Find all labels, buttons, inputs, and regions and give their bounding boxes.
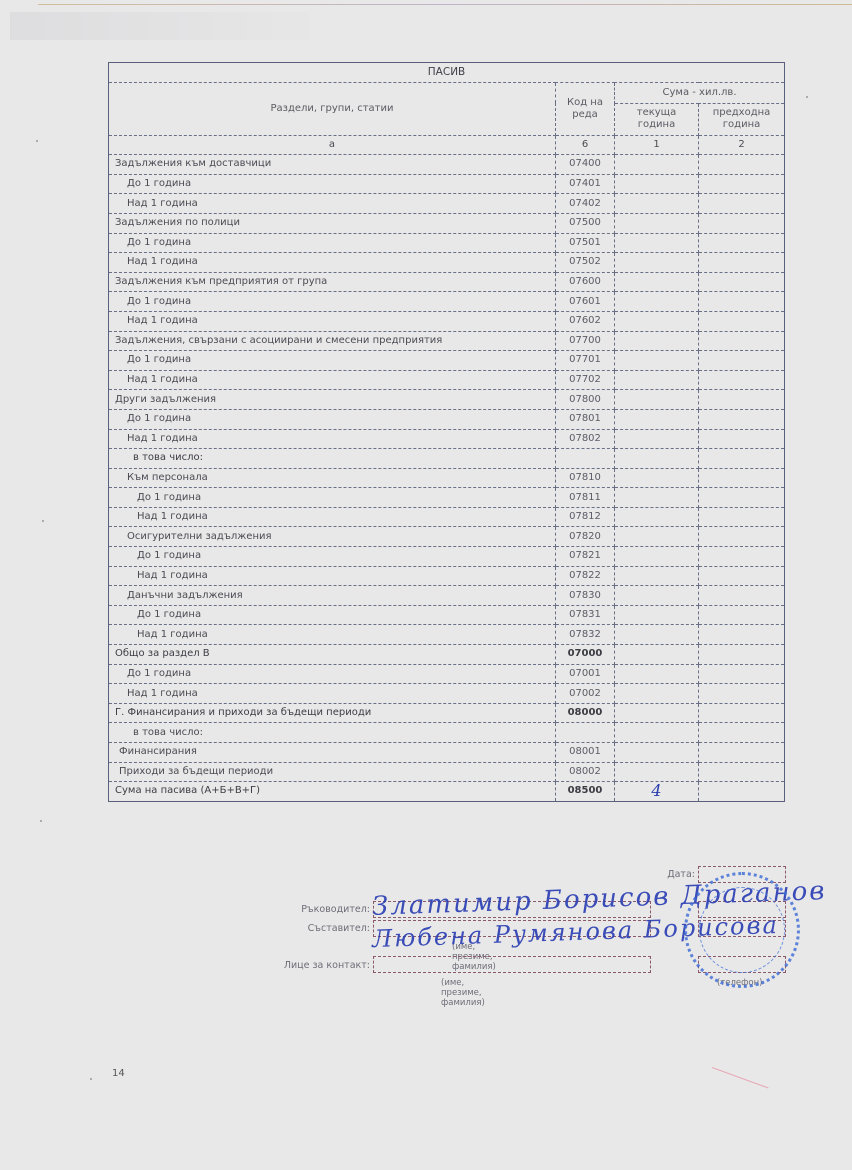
current-year-value[interactable] bbox=[615, 292, 699, 312]
current-year-value[interactable] bbox=[615, 664, 699, 684]
table-row: Други задължения07800 bbox=[109, 390, 785, 410]
contact-label: Лице за контакт: bbox=[260, 960, 370, 971]
row-code: 07702 bbox=[556, 370, 615, 390]
row-code: 07602 bbox=[556, 311, 615, 331]
row-code: 07820 bbox=[556, 527, 615, 547]
previous-year-value[interactable] bbox=[699, 664, 785, 684]
current-year-value[interactable] bbox=[615, 409, 699, 429]
current-year-value[interactable] bbox=[615, 684, 699, 704]
table-row: Задължения към предприятия от група07600 bbox=[109, 272, 785, 292]
previous-year-value[interactable] bbox=[699, 468, 785, 488]
previous-year-value[interactable] bbox=[699, 507, 785, 527]
previous-year-value[interactable] bbox=[699, 645, 785, 665]
row-code: 07500 bbox=[556, 213, 615, 233]
current-year-value[interactable] bbox=[615, 174, 699, 194]
row-code: 07000 bbox=[556, 645, 615, 665]
row-label: Над 1 година bbox=[109, 311, 556, 331]
scan-speck bbox=[36, 140, 38, 142]
row-code: 07601 bbox=[556, 292, 615, 312]
row-code: 07700 bbox=[556, 331, 615, 351]
table-row: Г. Финансирания и приходи за бъдещи пери… bbox=[109, 703, 785, 723]
index-current: 1 bbox=[615, 135, 699, 155]
previous-year-value[interactable] bbox=[699, 233, 785, 253]
row-label: Над 1 година bbox=[109, 253, 556, 273]
previous-year-value[interactable] bbox=[699, 488, 785, 508]
previous-year-value[interactable] bbox=[699, 351, 785, 371]
header-sum-group: Сума - хил.лв. bbox=[615, 82, 785, 103]
table-row: До 1 година07801 bbox=[109, 409, 785, 429]
row-code: 07801 bbox=[556, 409, 615, 429]
previous-year-value[interactable] bbox=[699, 311, 785, 331]
previous-year-value[interactable] bbox=[699, 253, 785, 273]
date-label: Дата: bbox=[585, 869, 695, 880]
table-row: До 1 година07831 bbox=[109, 605, 785, 625]
current-year-value[interactable]: 4 bbox=[615, 782, 699, 802]
row-label: Задължения, свързани с асоциирани и смес… bbox=[109, 331, 556, 351]
current-year-value[interactable] bbox=[615, 194, 699, 214]
row-label: До 1 година bbox=[109, 664, 556, 684]
previous-year-value[interactable] bbox=[699, 174, 785, 194]
row-code: 07832 bbox=[556, 625, 615, 645]
scan-bleed-through bbox=[10, 12, 310, 40]
current-year-value[interactable] bbox=[615, 155, 699, 175]
current-year-value[interactable] bbox=[615, 743, 699, 763]
row-code: 07401 bbox=[556, 174, 615, 194]
table-row: До 1 година07501 bbox=[109, 233, 785, 253]
index-a: а bbox=[109, 135, 556, 155]
row-label: До 1 година bbox=[109, 409, 556, 429]
row-label: Задължения по полици bbox=[109, 213, 556, 233]
row-code: 07800 bbox=[556, 390, 615, 410]
current-year-value[interactable] bbox=[615, 429, 699, 449]
row-label: Над 1 година bbox=[109, 507, 556, 527]
previous-year-value[interactable] bbox=[699, 586, 785, 606]
row-label: Задължения към предприятия от група bbox=[109, 272, 556, 292]
previous-year-value[interactable] bbox=[699, 547, 785, 567]
table-row: Над 1 година07702 bbox=[109, 370, 785, 390]
table-row: Над 1 година07502 bbox=[109, 253, 785, 273]
table-row: До 1 година07821 bbox=[109, 547, 785, 567]
row-label: Данъчни задължения bbox=[109, 586, 556, 606]
table-row: Към персонала07810 bbox=[109, 468, 785, 488]
row-code: 07811 bbox=[556, 488, 615, 508]
row-label: Над 1 година bbox=[109, 370, 556, 390]
row-code: 07402 bbox=[556, 194, 615, 214]
header-sections: Раздели, групи, статии bbox=[109, 82, 556, 135]
table-row: Финансирания08001 bbox=[109, 743, 785, 763]
index-previous: 2 bbox=[699, 135, 785, 155]
row-code: 08000 bbox=[556, 703, 615, 723]
row-code: 07822 bbox=[556, 566, 615, 586]
scan-top-edge bbox=[38, 4, 852, 5]
row-code bbox=[556, 449, 615, 469]
header-current-year: текуща година bbox=[615, 103, 699, 135]
official-stamp bbox=[684, 872, 800, 988]
table-row: Общо за раздел В07000 bbox=[109, 645, 785, 665]
row-label: Над 1 година bbox=[109, 429, 556, 449]
table-row: До 1 година07401 bbox=[109, 174, 785, 194]
header-row-code: Код на реда bbox=[556, 82, 615, 135]
table-row: Сума на пасива (А+Б+В+Г)085004 bbox=[109, 782, 785, 802]
row-code: 07400 bbox=[556, 155, 615, 175]
row-label: Задължения към доставчици bbox=[109, 155, 556, 175]
previous-year-value[interactable] bbox=[699, 194, 785, 214]
row-code: 08500 bbox=[556, 782, 615, 802]
previous-year-value[interactable] bbox=[699, 449, 785, 469]
row-code bbox=[556, 723, 615, 743]
previous-year-value[interactable] bbox=[699, 429, 785, 449]
previous-year-value[interactable] bbox=[699, 272, 785, 292]
current-year-value[interactable] bbox=[615, 253, 699, 273]
current-year-value[interactable] bbox=[615, 645, 699, 665]
row-label: Над 1 година bbox=[109, 684, 556, 704]
current-year-value[interactable] bbox=[615, 625, 699, 645]
row-label: Към персонала bbox=[109, 468, 556, 488]
row-label: Г. Финансирания и приходи за бъдещи пери… bbox=[109, 703, 556, 723]
row-code: 07600 bbox=[556, 272, 615, 292]
table-row: До 1 година07001 bbox=[109, 664, 785, 684]
current-year-value[interactable] bbox=[615, 449, 699, 469]
row-label: До 1 година bbox=[109, 605, 556, 625]
previous-year-value[interactable] bbox=[699, 605, 785, 625]
index-code: 6 bbox=[556, 135, 615, 155]
row-label: Общо за раздел В bbox=[109, 645, 556, 665]
liabilities-table: ПАСИВ Раздели, групи, статии Код на реда… bbox=[108, 62, 785, 802]
row-code: 07001 bbox=[556, 664, 615, 684]
table-row: Осигурителни задължения07820 bbox=[109, 527, 785, 547]
row-code: 08002 bbox=[556, 762, 615, 782]
scan-speck bbox=[90, 1078, 92, 1080]
table-row: Над 1 година07822 bbox=[109, 566, 785, 586]
current-year-value[interactable] bbox=[615, 507, 699, 527]
current-year-value[interactable] bbox=[615, 468, 699, 488]
current-year-value[interactable] bbox=[615, 233, 699, 253]
previous-year-value[interactable] bbox=[699, 390, 785, 410]
table-row: До 1 година07811 bbox=[109, 488, 785, 508]
scan-speck bbox=[40, 820, 42, 822]
current-year-value[interactable] bbox=[615, 723, 699, 743]
row-label: До 1 година bbox=[109, 488, 556, 508]
previous-year-value[interactable] bbox=[699, 331, 785, 351]
row-code: 07701 bbox=[556, 351, 615, 371]
contact-name-field[interactable] bbox=[373, 956, 651, 973]
scan-speck bbox=[806, 96, 808, 98]
table-row: Над 1 година07002 bbox=[109, 684, 785, 704]
current-year-value[interactable] bbox=[615, 762, 699, 782]
previous-year-value[interactable] bbox=[699, 409, 785, 429]
current-year-value[interactable] bbox=[615, 566, 699, 586]
previous-year-value[interactable] bbox=[699, 743, 785, 763]
table-row: Над 1 година07802 bbox=[109, 429, 785, 449]
table-row: Над 1 година07832 bbox=[109, 625, 785, 645]
previous-year-value[interactable] bbox=[699, 566, 785, 586]
row-code: 07802 bbox=[556, 429, 615, 449]
current-year-value[interactable] bbox=[615, 390, 699, 410]
row-code: 07501 bbox=[556, 233, 615, 253]
current-year-value[interactable] bbox=[615, 213, 699, 233]
previous-year-value[interactable] bbox=[699, 155, 785, 175]
row-label: в това число: bbox=[109, 723, 556, 743]
current-year-value[interactable] bbox=[615, 272, 699, 292]
table-row: Над 1 година07402 bbox=[109, 194, 785, 214]
current-year-value[interactable] bbox=[615, 527, 699, 547]
table-row: Над 1 година07812 bbox=[109, 507, 785, 527]
row-code: 07002 bbox=[556, 684, 615, 704]
previous-year-value[interactable] bbox=[699, 703, 785, 723]
page-number: 14 bbox=[112, 1068, 125, 1079]
previous-year-value[interactable] bbox=[699, 527, 785, 547]
row-label: До 1 година bbox=[109, 292, 556, 312]
row-label: Приходи за бъдещи периоди bbox=[109, 762, 556, 782]
row-label: До 1 година bbox=[109, 174, 556, 194]
pen-mark bbox=[712, 1067, 769, 1088]
row-code: 07821 bbox=[556, 547, 615, 567]
previous-year-value[interactable] bbox=[699, 213, 785, 233]
row-code: 07812 bbox=[556, 507, 615, 527]
row-label: Над 1 година bbox=[109, 625, 556, 645]
row-code: 07502 bbox=[556, 253, 615, 273]
scan-speck bbox=[42, 520, 44, 522]
table-row: До 1 година07601 bbox=[109, 292, 785, 312]
previous-year-value[interactable] bbox=[699, 684, 785, 704]
current-year-value[interactable] bbox=[615, 547, 699, 567]
row-code: 07830 bbox=[556, 586, 615, 606]
row-code: 07831 bbox=[556, 605, 615, 625]
row-label: Финансирания bbox=[109, 743, 556, 763]
row-label: Сума на пасива (А+Б+В+Г) bbox=[109, 782, 556, 802]
header-previous-year: предходна година bbox=[699, 103, 785, 135]
row-label: Осигурителни задължения bbox=[109, 527, 556, 547]
current-year-value[interactable] bbox=[615, 331, 699, 351]
row-label: До 1 година bbox=[109, 233, 556, 253]
table-body: Задължения към доставчици07400До 1 годин… bbox=[109, 155, 785, 802]
row-code: 07810 bbox=[556, 468, 615, 488]
previous-year-value[interactable] bbox=[699, 292, 785, 312]
compiler-label: Съставител: bbox=[260, 923, 370, 934]
previous-year-value[interactable] bbox=[699, 625, 785, 645]
current-year-value[interactable] bbox=[615, 488, 699, 508]
current-year-value[interactable] bbox=[615, 703, 699, 723]
manager-label: Ръководител: bbox=[260, 904, 370, 915]
table-row: Задължения към доставчици07400 bbox=[109, 155, 785, 175]
row-label: Над 1 година bbox=[109, 194, 556, 214]
table-row: Приходи за бъдещи периоди08002 bbox=[109, 762, 785, 782]
row-label: в това число: bbox=[109, 449, 556, 469]
previous-year-value[interactable] bbox=[699, 723, 785, 743]
current-year-value[interactable] bbox=[615, 311, 699, 331]
table-row: До 1 година07701 bbox=[109, 351, 785, 371]
previous-year-value[interactable] bbox=[699, 782, 785, 802]
table-row: в това число: bbox=[109, 723, 785, 743]
name-hint-2: (име, презиме, фамилия) bbox=[441, 978, 485, 1008]
row-label: Над 1 година bbox=[109, 566, 556, 586]
table-row: Задължения, свързани с асоциирани и смес… bbox=[109, 331, 785, 351]
current-year-value[interactable] bbox=[615, 605, 699, 625]
table-row: Задължения по полици07500 bbox=[109, 213, 785, 233]
table-row: Над 1 година07602 bbox=[109, 311, 785, 331]
previous-year-value[interactable] bbox=[699, 762, 785, 782]
current-year-value[interactable] bbox=[615, 586, 699, 606]
table-row: Данъчни задължения07830 bbox=[109, 586, 785, 606]
table-title: ПАСИВ bbox=[109, 63, 785, 83]
table-row: в това число: bbox=[109, 449, 785, 469]
previous-year-value[interactable] bbox=[699, 370, 785, 390]
row-label: До 1 година bbox=[109, 547, 556, 567]
current-year-value[interactable] bbox=[615, 351, 699, 371]
current-year-value[interactable] bbox=[615, 370, 699, 390]
row-label: До 1 година bbox=[109, 351, 556, 371]
row-label: Други задължения bbox=[109, 390, 556, 410]
row-code: 08001 bbox=[556, 743, 615, 763]
